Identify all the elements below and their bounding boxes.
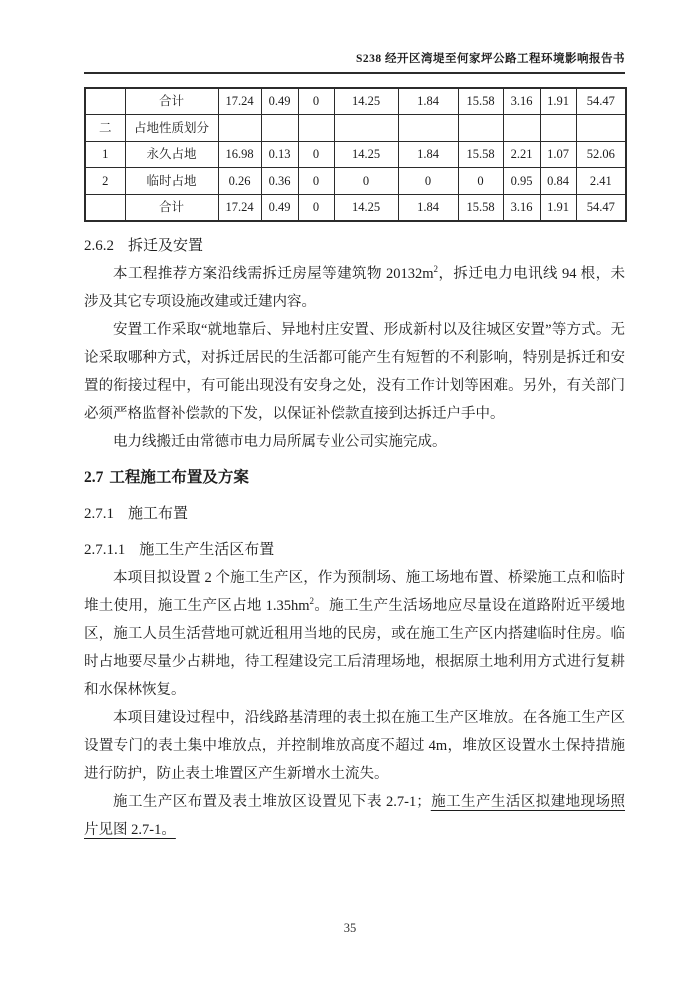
section-title: 拆迁及安置 bbox=[128, 238, 203, 254]
table-cell: 占地性质划分 bbox=[125, 115, 218, 142]
table-cell: 14.25 bbox=[334, 141, 398, 168]
section-number: 2.7.1.1 bbox=[84, 542, 125, 558]
paragraph-text: 施工生产区布置及表土堆放区设置见下表 2.7-1； bbox=[113, 794, 431, 810]
table-cell: 15.58 bbox=[458, 141, 503, 168]
paragraph-demolition: 本工程推荐方案沿线需拆迁房屋等建筑物 20132m2，拆迁电力电讯线 94 根，… bbox=[84, 260, 625, 316]
table-cell: 2.41 bbox=[576, 168, 626, 195]
table-cell: 54.47 bbox=[576, 194, 626, 221]
table-cell: 0.49 bbox=[261, 194, 298, 221]
table-cell: 合计 bbox=[125, 194, 218, 221]
table-cell: 14.25 bbox=[334, 194, 398, 221]
paragraph-construction-area: 本项目拟设置 2 个施工生产区，作为预制场、施工场地布置、桥梁施工点和临时堆土使… bbox=[84, 564, 625, 704]
table-cell: 0 bbox=[298, 88, 334, 115]
table-cell: 1.91 bbox=[540, 194, 576, 221]
table-cell: 54.47 bbox=[576, 88, 626, 115]
table-cell: 合计 bbox=[125, 88, 218, 115]
paragraph-topsoil: 本项目建设过程中，沿线路基清理的表土拟在施工生产区堆放。在各施工生产区设置专门的… bbox=[84, 704, 625, 788]
table-cell: 0.26 bbox=[218, 168, 261, 195]
table-cell: 1.91 bbox=[540, 88, 576, 115]
section-heading-2-6-2: 2.6.2拆迁及安置 bbox=[84, 232, 625, 260]
land-table-body: 合计17.240.49014.251.8415.583.161.9154.47二… bbox=[85, 88, 626, 221]
page-content: S238 经开区湾堤至何家坪公路工程环境影响报告书 合计17.240.49014… bbox=[84, 52, 625, 844]
table-cell: 1.84 bbox=[398, 194, 458, 221]
table-cell: 0.95 bbox=[503, 168, 540, 195]
report-title: S238 经开区湾堤至何家坪公路工程环境影响报告书 bbox=[84, 52, 625, 67]
section-heading-2-7: 2.7工程施工布置及方案 bbox=[84, 464, 625, 492]
table-cell: 52.06 bbox=[576, 141, 626, 168]
table-cell: 临时占地 bbox=[125, 168, 218, 195]
page-number: 35 bbox=[0, 921, 700, 936]
table-cell: 1 bbox=[85, 141, 125, 168]
table-cell bbox=[503, 115, 540, 142]
table-cell: 0 bbox=[398, 168, 458, 195]
body-text: 2.6.2拆迁及安置 本工程推荐方案沿线需拆迁房屋等建筑物 20132m2，拆迁… bbox=[84, 232, 625, 844]
table-cell: 0 bbox=[298, 141, 334, 168]
table-cell: 3.16 bbox=[503, 88, 540, 115]
table-cell: 0.36 bbox=[261, 168, 298, 195]
page-header: S238 经开区湾堤至何家坪公路工程环境影响报告书 bbox=[84, 52, 625, 74]
table-cell: 14.25 bbox=[334, 88, 398, 115]
table-row: 二占地性质划分 bbox=[85, 115, 626, 142]
table-cell bbox=[85, 194, 125, 221]
document-page: S238 经开区湾堤至何家坪公路工程环境影响报告书 合计17.240.49014… bbox=[0, 0, 700, 990]
section-number: 2.7 bbox=[84, 469, 103, 486]
table-cell: 0 bbox=[298, 168, 334, 195]
table-cell: 二 bbox=[85, 115, 125, 142]
paragraph-power-line: 电力线搬迁由常德市电力局所属专业公司实施完成。 bbox=[84, 428, 625, 456]
table-cell bbox=[540, 115, 576, 142]
table-cell: 3.16 bbox=[503, 194, 540, 221]
table-cell: 0 bbox=[458, 168, 503, 195]
table-cell: 0 bbox=[334, 168, 398, 195]
section-title: 工程施工布置及方案 bbox=[109, 469, 249, 486]
table-cell: 17.24 bbox=[218, 194, 261, 221]
section-number: 2.6.2 bbox=[84, 238, 114, 254]
table-cell: 15.58 bbox=[458, 194, 503, 221]
table-cell bbox=[458, 115, 503, 142]
land-occupation-table: 合计17.240.49014.251.8415.583.161.9154.47二… bbox=[84, 87, 627, 222]
table-cell: 16.98 bbox=[218, 141, 261, 168]
table-cell: 1.84 bbox=[398, 88, 458, 115]
section-title: 施工生产生活区布置 bbox=[139, 542, 274, 558]
paragraph-reference: 施工生产区布置及表土堆放区设置见下表 2.7-1；施工生产生活区拟建地现场照片见… bbox=[84, 788, 625, 844]
table-cell bbox=[218, 115, 261, 142]
table-cell: 0.84 bbox=[540, 168, 576, 195]
table-cell: 0.49 bbox=[261, 88, 298, 115]
table-row: 合计17.240.49014.251.8415.583.161.9154.47 bbox=[85, 194, 626, 221]
table-row: 2临时占地0.260.3600000.950.842.41 bbox=[85, 168, 626, 195]
table-cell: 1.07 bbox=[540, 141, 576, 168]
table-cell: 2.21 bbox=[503, 141, 540, 168]
table-cell: 1.84 bbox=[398, 141, 458, 168]
section-heading-2-7-1-1: 2.7.1.1施工生产生活区布置 bbox=[84, 536, 625, 564]
table-cell: 2 bbox=[85, 168, 125, 195]
table-cell: 15.58 bbox=[458, 88, 503, 115]
table-cell: 0 bbox=[298, 194, 334, 221]
table-cell bbox=[298, 115, 334, 142]
section-number: 2.7.1 bbox=[84, 506, 114, 522]
table-row: 合计17.240.49014.251.8415.583.161.9154.47 bbox=[85, 88, 626, 115]
table-cell bbox=[398, 115, 458, 142]
paragraph-text: 本工程推荐方案沿线需拆迁房屋等建筑物 20132m bbox=[113, 266, 434, 282]
table-cell bbox=[85, 88, 125, 115]
table-cell bbox=[261, 115, 298, 142]
section-heading-2-7-1: 2.7.1施工布置 bbox=[84, 500, 625, 528]
table-cell: 0.13 bbox=[261, 141, 298, 168]
table-cell bbox=[334, 115, 398, 142]
paragraph-resettlement: 安置工作采取“就地靠后、异地村庄安置、形成新村以及往城区安置”等方式。无论采取哪… bbox=[84, 316, 625, 428]
table-cell bbox=[576, 115, 626, 142]
table-row: 1永久占地16.980.13014.251.8415.582.211.0752.… bbox=[85, 141, 626, 168]
table-cell: 永久占地 bbox=[125, 141, 218, 168]
section-title: 施工布置 bbox=[128, 506, 188, 522]
table-cell: 17.24 bbox=[218, 88, 261, 115]
